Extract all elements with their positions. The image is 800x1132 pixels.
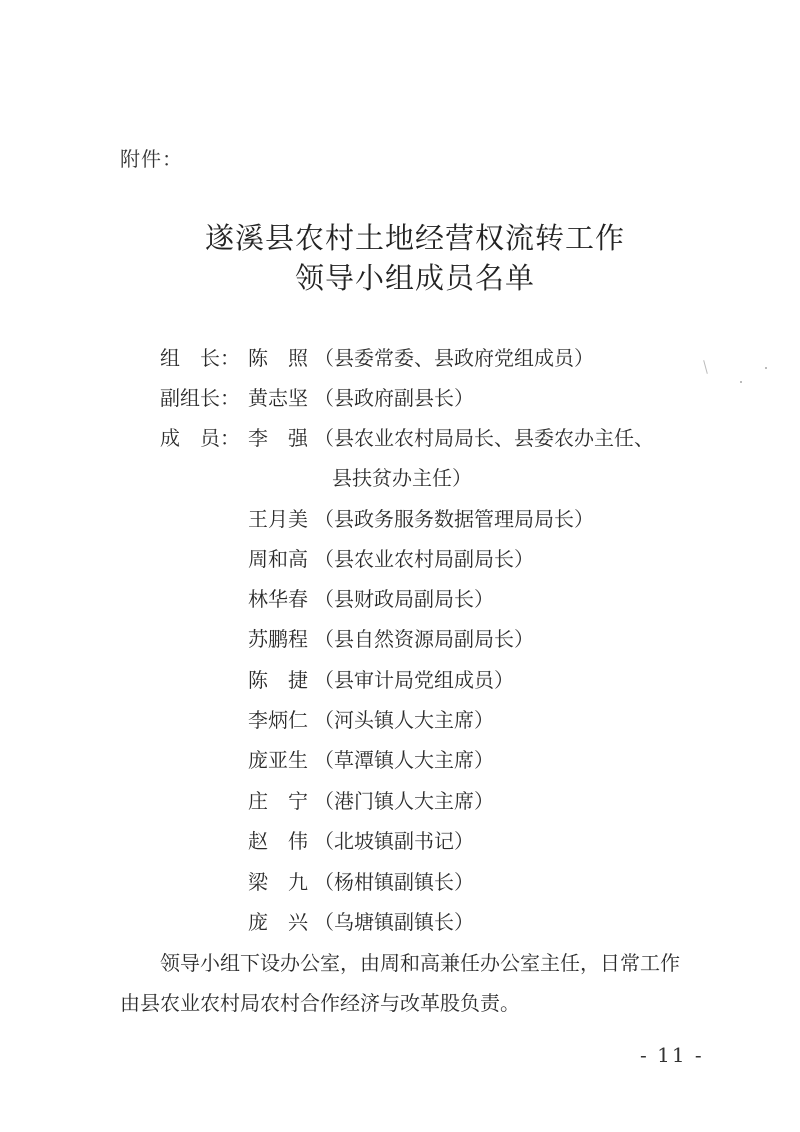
person-position: （北坡镇副书记） — [314, 829, 474, 853]
scan-artifact — [765, 367, 767, 369]
person-name: 庄 宁 — [248, 785, 314, 817]
member-row: 庞亚生（草潭镇人大主席） — [248, 744, 494, 776]
person-name: 李 强 — [248, 422, 314, 454]
person-position: （乌塘镇副镇长） — [314, 910, 474, 934]
person-position: （县政务服务数据管理局局长） — [314, 507, 594, 531]
leader-row: 组 长：陈 照（县委常委、县政府党组成员） — [160, 342, 594, 374]
member-row: 陈 捷（县审计局党组成员） — [248, 664, 514, 696]
closing-paragraph-line-2: 由县农业农村局农村合作经济与改革股负责。 — [120, 987, 720, 1019]
person-position: （县委常委、县政府党组成员） — [314, 346, 594, 370]
person-position: （河头镇人大主席） — [314, 708, 494, 732]
document-title-line-1: 遂溪县农村土地经营权流转工作 — [0, 216, 800, 257]
member-row: 庞 兴（乌塘镇副镇长） — [248, 906, 474, 938]
scan-artifact — [703, 360, 708, 374]
leader-row: 成 员：李 强（县农业农村局局长、县委农办主任、 — [160, 422, 654, 454]
page-number: - 11 - — [640, 1043, 704, 1067]
person-position: （县财政局副局长） — [314, 587, 494, 611]
person-position: （县自然资源局副局长） — [314, 627, 534, 651]
member-row: 李炳仁（河头镇人大主席） — [248, 704, 494, 736]
person-name: 赵 伟 — [248, 825, 314, 857]
person-position: （县政府副县长） — [314, 386, 474, 410]
person-position: （草潭镇人大主席） — [314, 748, 494, 772]
member-row: 苏鹏程（县自然资源局副局长） — [248, 623, 534, 655]
member-row: 庄 宁（港门镇人大主席） — [248, 785, 494, 817]
person-position: （县审计局党组成员） — [314, 668, 514, 692]
person-name: 庞亚生 — [248, 744, 314, 776]
role-label: 成 员： — [160, 422, 248, 454]
member-row: 赵 伟（北坡镇副书记） — [248, 825, 474, 857]
person-name: 林华春 — [248, 583, 314, 615]
closing-paragraph-line-1: 领导小组下设办公室，由周和高兼任办公室主任，日常工作 — [120, 947, 720, 979]
role-label: 组 长： — [160, 342, 248, 374]
person-position: （县农业农村局局长、县委农办主任、 — [314, 426, 654, 450]
member-row: 梁 九（杨柑镇副镇长） — [248, 866, 474, 898]
person-name: 陈 照 — [248, 342, 314, 374]
person-position: （港门镇人大主席） — [314, 789, 494, 813]
member-row: 周和高（县农业农村局副局长） — [248, 543, 534, 575]
person-name: 黄志坚 — [248, 382, 314, 414]
position-continuation: 县扶贫办主任） — [332, 462, 472, 494]
leader-row: 副组长：黄志坚（县政府副县长） — [160, 382, 474, 414]
person-name: 周和高 — [248, 543, 314, 575]
person-name: 李炳仁 — [248, 704, 314, 736]
person-name: 梁 九 — [248, 866, 314, 898]
person-position: （县农业农村局副局长） — [314, 547, 534, 571]
person-name: 庞 兴 — [248, 906, 314, 938]
role-label: 副组长： — [160, 382, 248, 414]
person-name: 苏鹏程 — [248, 623, 314, 655]
document-title-line-2: 领导小组成员名单 — [0, 256, 800, 297]
document-page: 附件： 遂溪县农村土地经营权流转工作 领导小组成员名单 组 长：陈 照（县委常委… — [0, 0, 800, 1132]
attachment-label: 附件： — [120, 143, 183, 172]
person-name: 王月美 — [248, 503, 314, 535]
member-row: 林华春（县财政局副局长） — [248, 583, 494, 615]
person-name: 陈 捷 — [248, 664, 314, 696]
scan-artifact — [740, 381, 742, 383]
member-row: 王月美（县政务服务数据管理局局长） — [248, 503, 594, 535]
person-position: （杨柑镇副镇长） — [314, 870, 474, 894]
